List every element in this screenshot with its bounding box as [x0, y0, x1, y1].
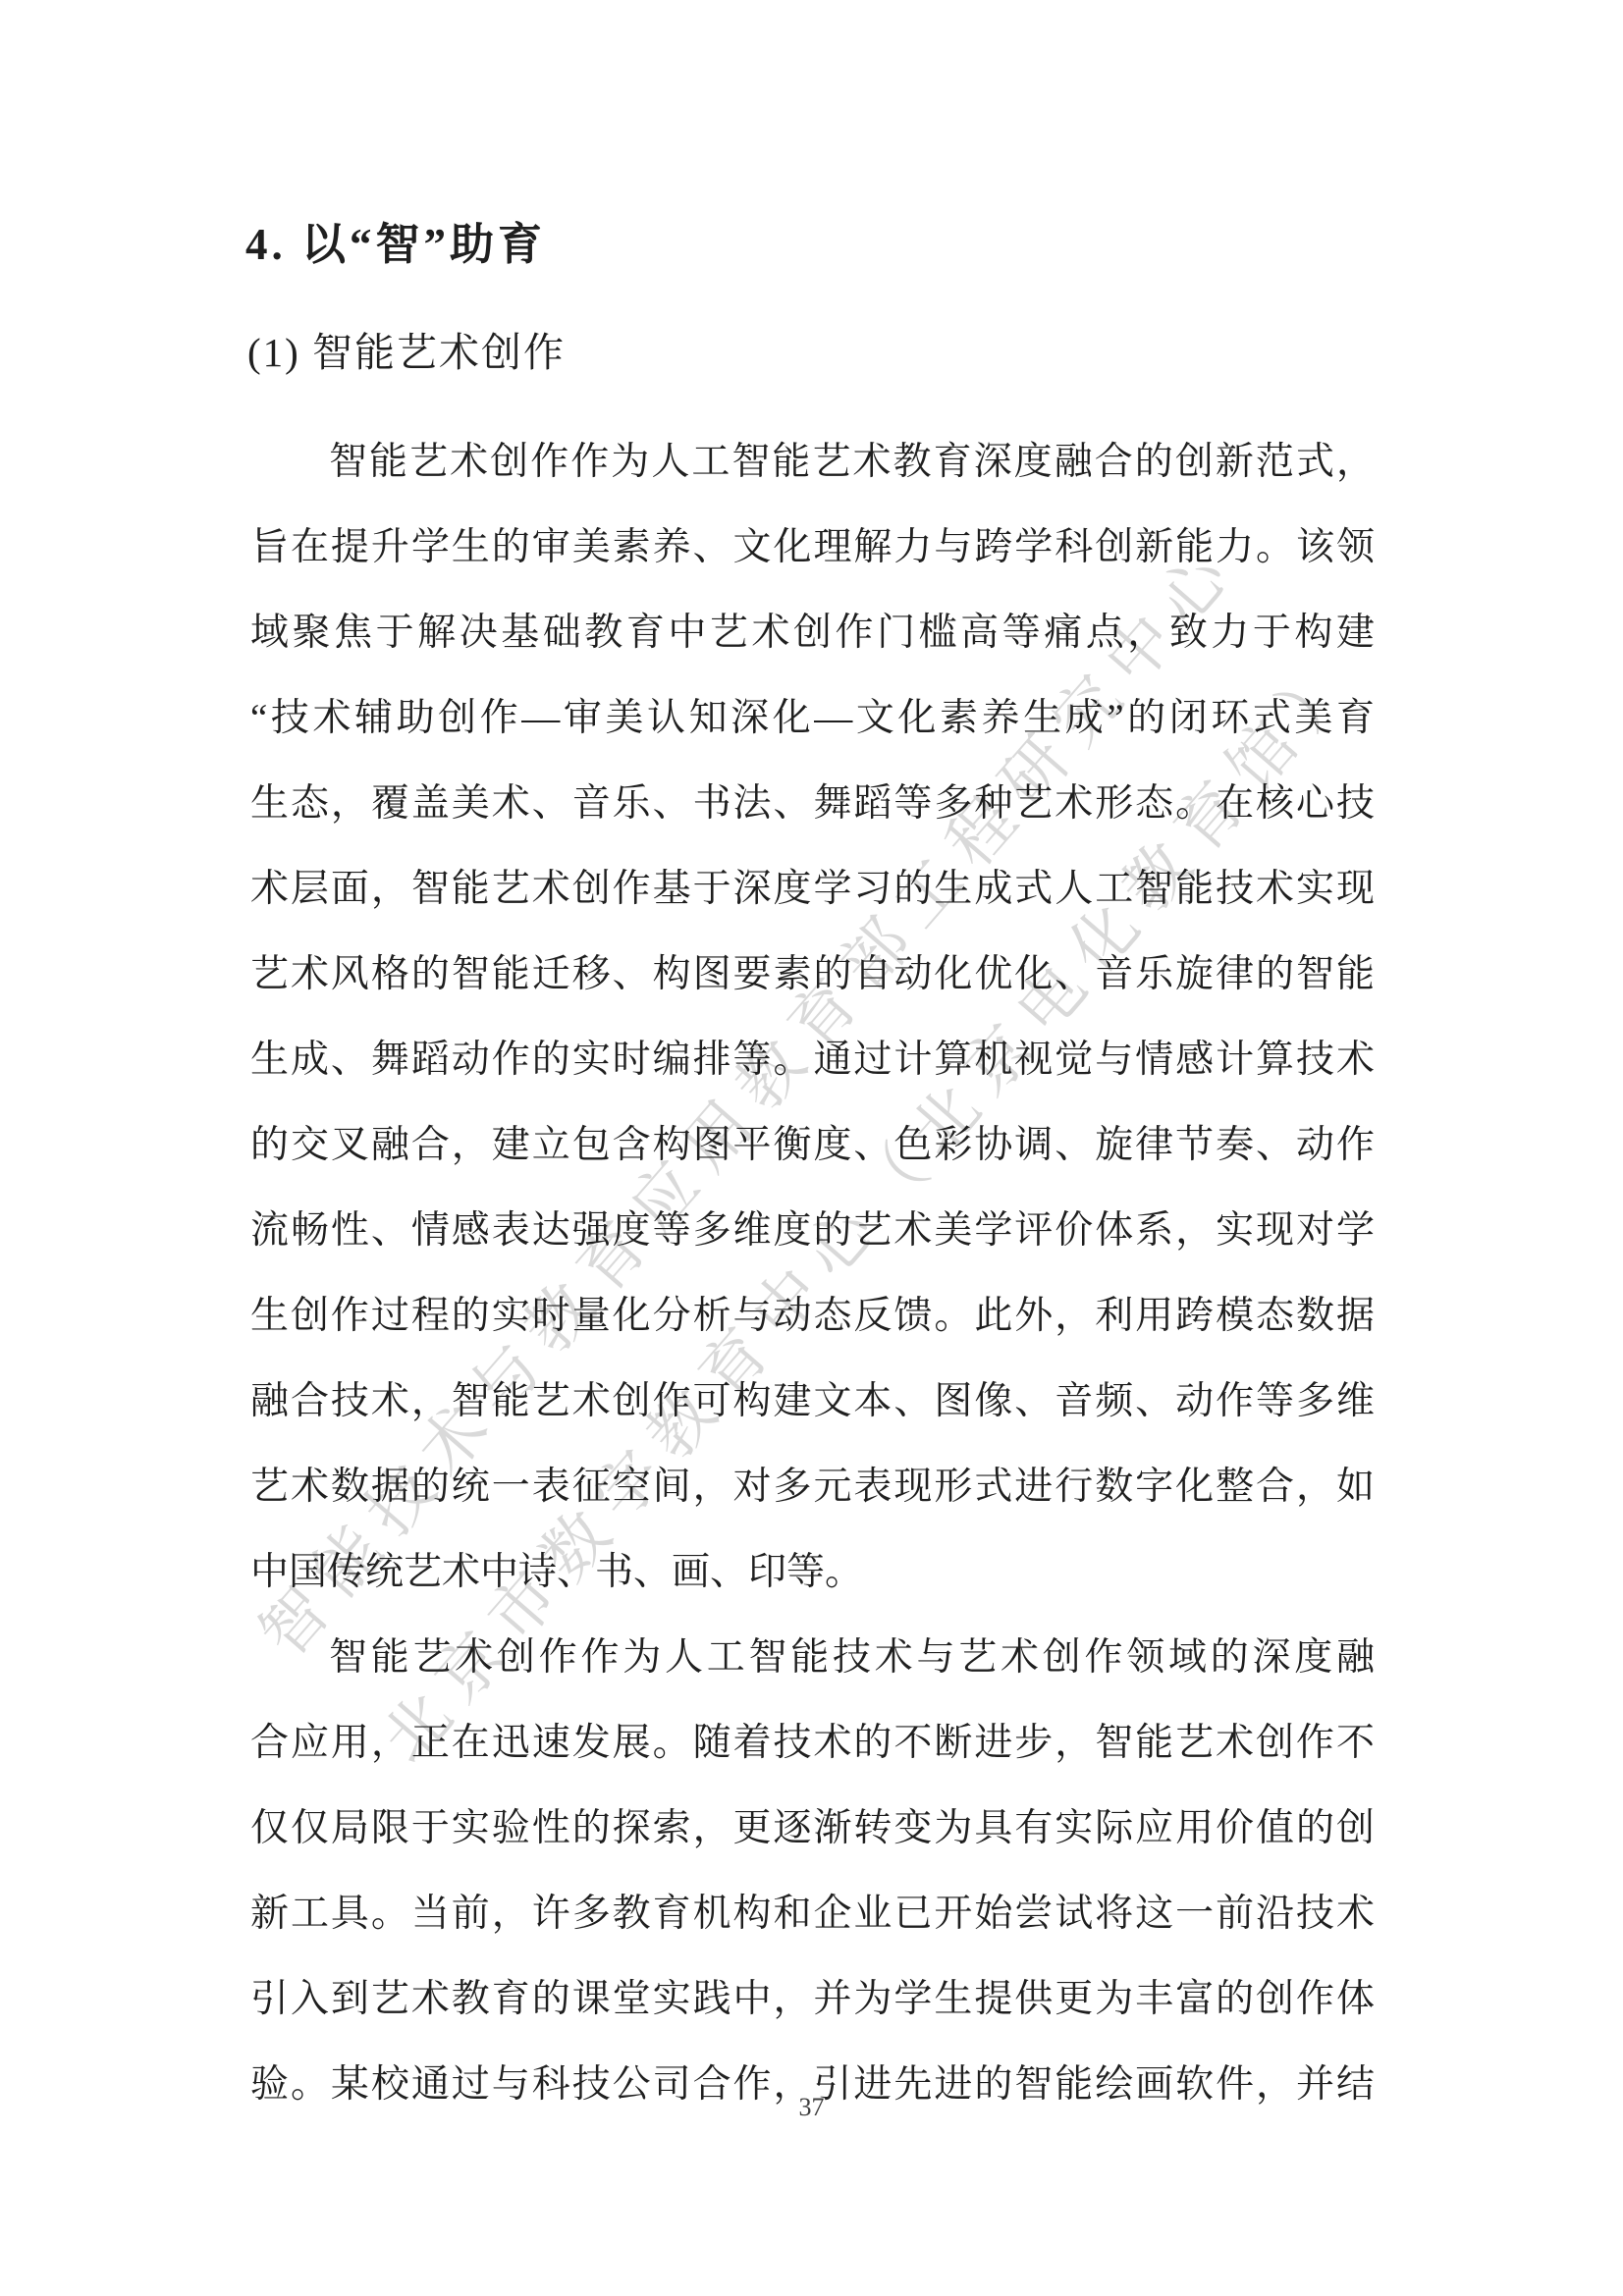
text-line: 生创作过程的实时量化分析与动态反馈。此外，利用跨模态数据	[250, 1273, 1375, 1359]
text-line: 新工具。当前，许多教育机构和企业已开始尝试将这一前沿技术	[250, 1871, 1375, 1956]
text-line: 生成、舞蹈动作的实时编排等。通过计算机视觉与情感计算技术	[250, 1017, 1375, 1102]
text-line: 术层面，智能艺术创作基于深度学习的生成式人工智能技术实现	[250, 846, 1375, 932]
document-page: 智能技术与教育应用教育部工程研究中心 北京市数字教育中心（北京电化教育馆） 4.…	[0, 0, 1623, 2296]
text-line: 的交叉融合，建立包含构图平衡度、色彩协调、旋律节奏、动作	[250, 1102, 1375, 1188]
paragraph: 智能艺术创作作为人工智能艺术教育深度融合的创新范式，旨在提升学生的审美素养、文化…	[250, 419, 1375, 1615]
text-line: 艺术风格的智能迁移、构图要素的自动化优化、音乐旋律的智能	[250, 932, 1375, 1017]
text-line: 合应用，正在迅速发展。随着技术的不断进步，智能艺术创作不	[250, 1700, 1375, 1786]
text-line: 智能艺术创作作为人工智能技术与艺术创作领域的深度融	[250, 1615, 1375, 1700]
text-line: 中国传统艺术中诗、书、画、印等。	[250, 1529, 1375, 1615]
text-line: 流畅性、情感表达强度等多维度的艺术美学评价体系，实现对学	[250, 1188, 1375, 1273]
subsection-heading: (1) 智能艺术创作	[247, 320, 566, 378]
text-line: 仅仅局限于实验性的探索，更逐渐转变为具有实际应用价值的创	[250, 1786, 1375, 1871]
text-line: 艺术数据的统一表征空间，对多元表现形式进行数字化整合，如	[250, 1444, 1375, 1529]
section-heading: 4. 以“智”助育	[245, 208, 546, 272]
text-line: 域聚焦于解决基础教育中艺术创作门槛高等痛点，致力于构建	[250, 590, 1375, 675]
text-line: 融合技术，智能艺术创作可构建文本、图像、音频、动作等多维	[250, 1359, 1375, 1444]
text-line: 旨在提升学生的审美素养、文化理解力与跨学科创新能力。该领	[250, 505, 1375, 590]
text-line: “技术辅助创作—审美认知深化—文化素养生成”的闭环式美育	[250, 675, 1375, 761]
paragraph: 智能艺术创作作为人工智能技术与艺术创作领域的深度融合应用，正在迅速发展。随着技术…	[250, 1615, 1375, 2127]
text-line: 生态，覆盖美术、音乐、书法、舞蹈等多种艺术形态。在核心技	[250, 761, 1375, 846]
body-text: 智能艺术创作作为人工智能艺术教育深度融合的创新范式，旨在提升学生的审美素养、文化…	[250, 419, 1375, 2127]
page-number: 37	[0, 2093, 1623, 2122]
text-line: 智能艺术创作作为人工智能艺术教育深度融合的创新范式，	[250, 419, 1375, 505]
text-line: 引入到艺术教育的课堂实践中，并为学生提供更为丰富的创作体	[250, 1956, 1375, 2042]
